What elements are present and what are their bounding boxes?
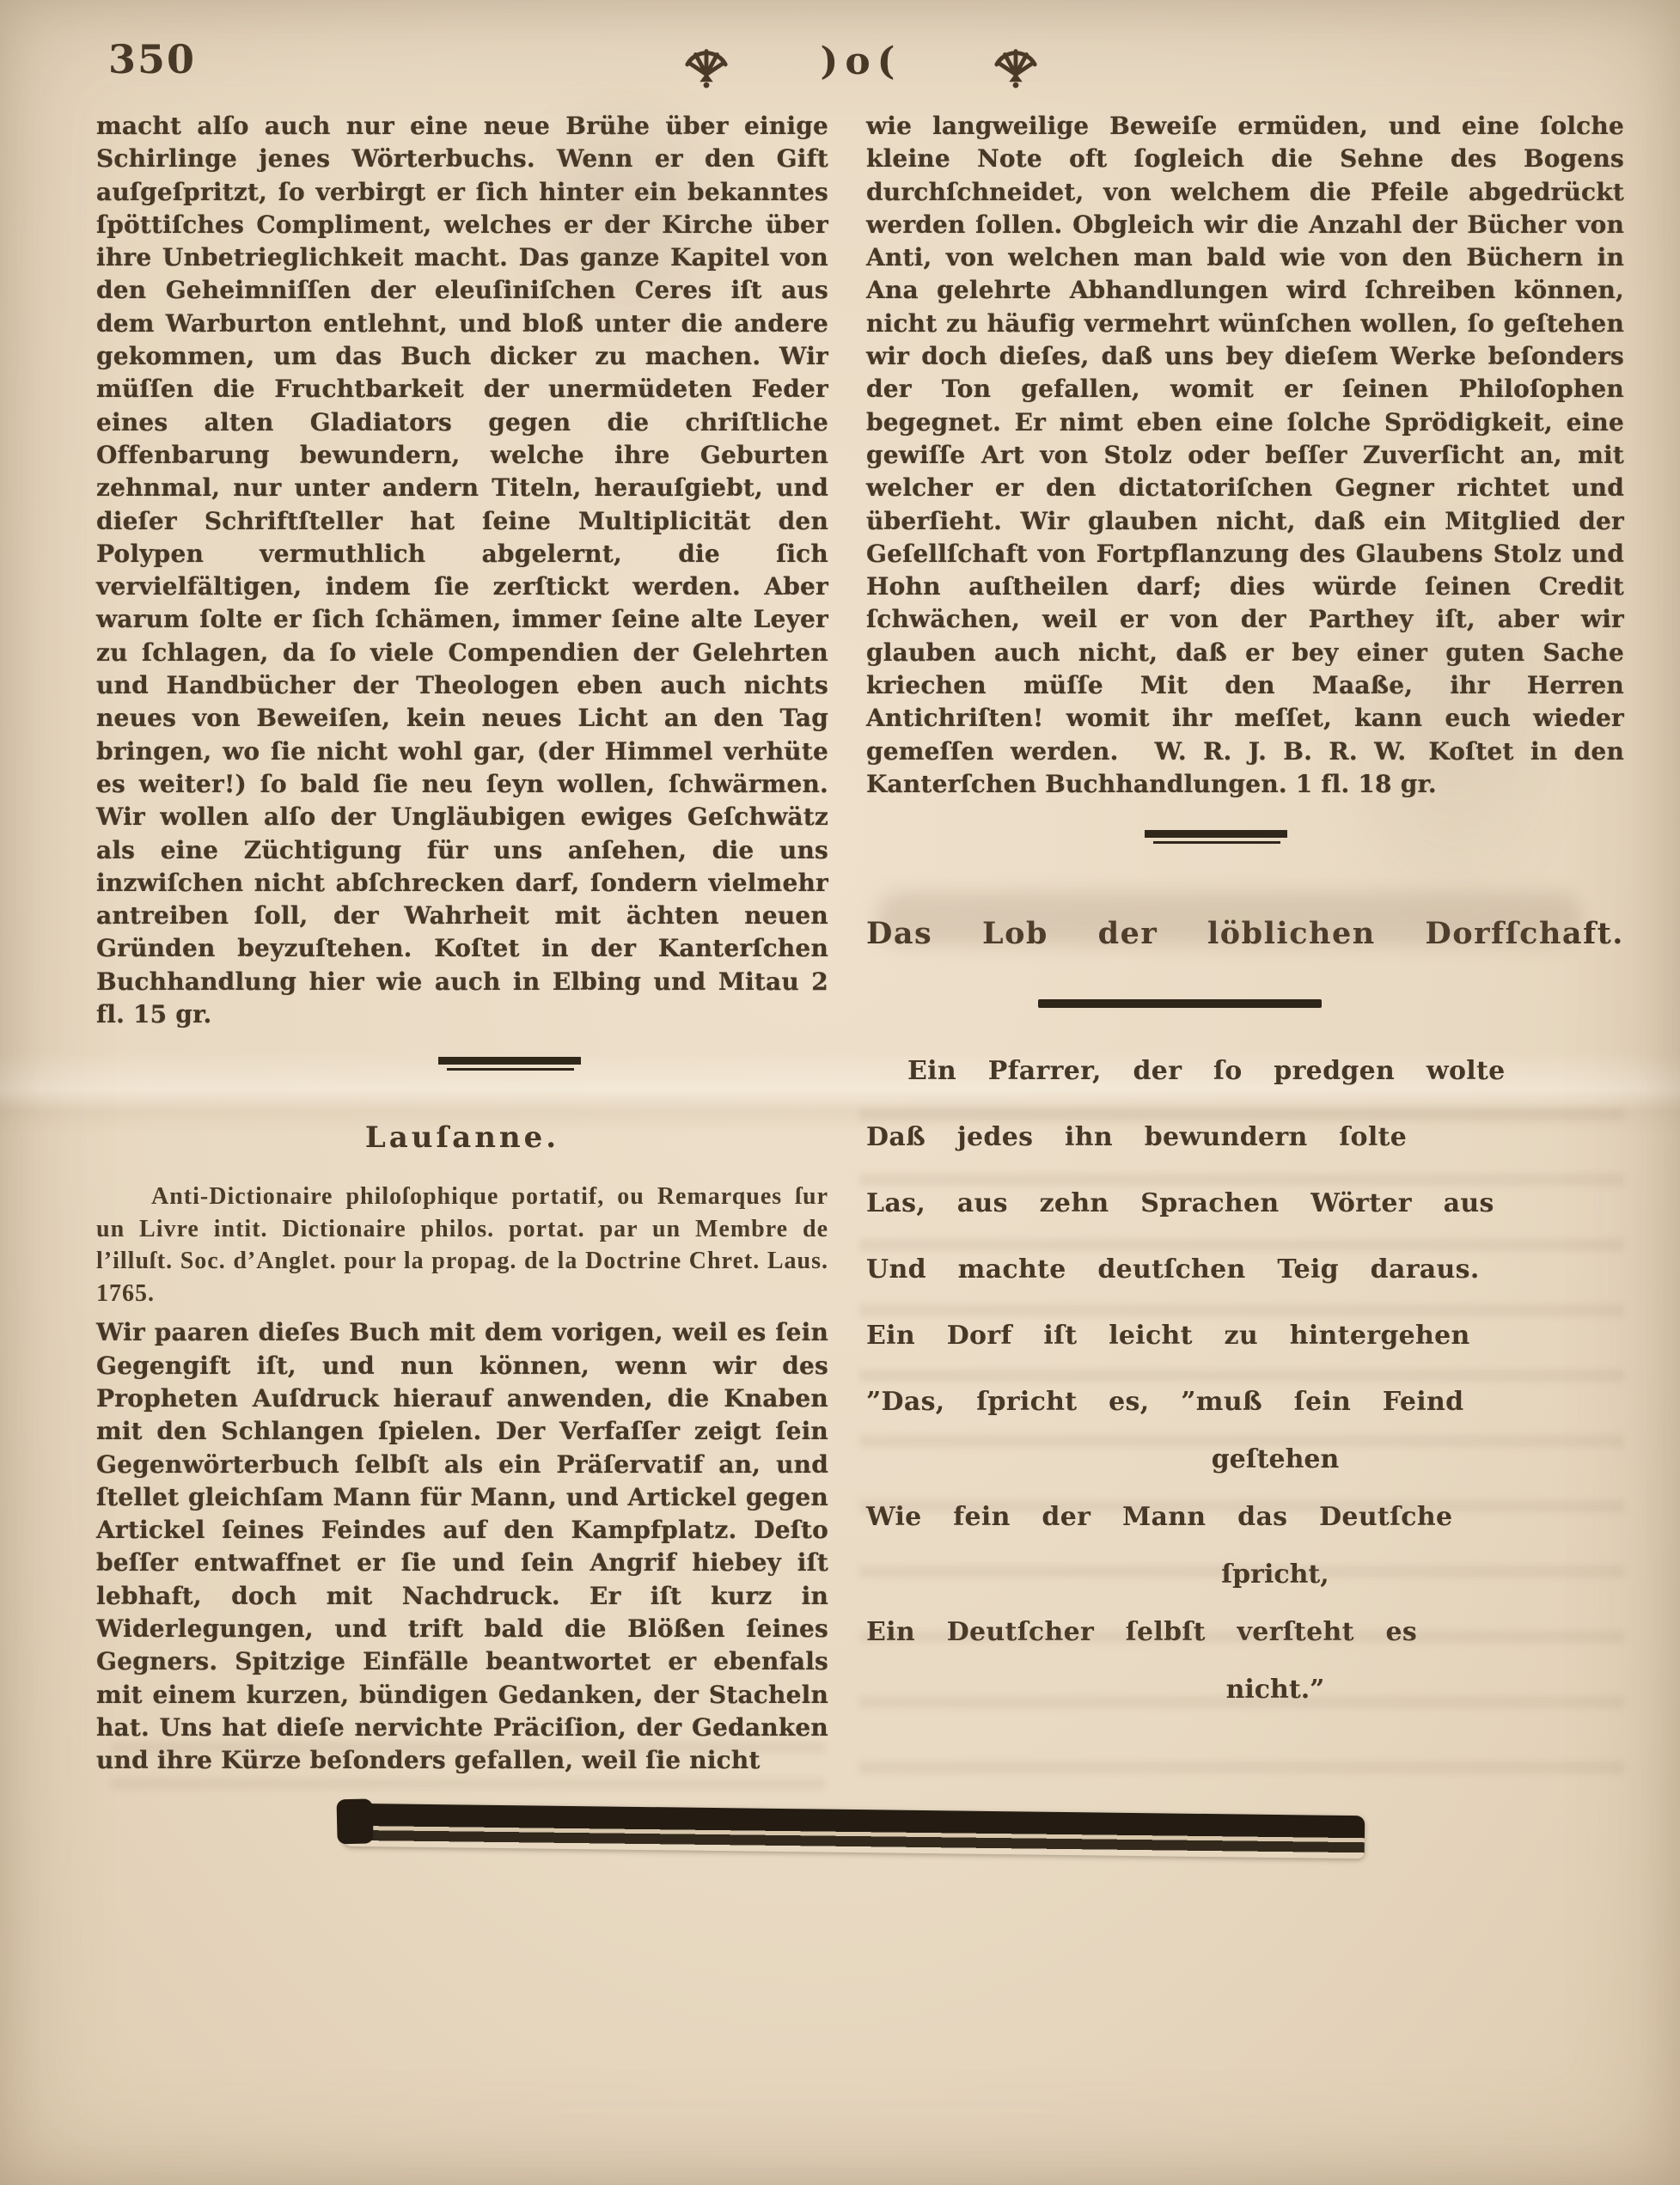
left-column: macht alſo auch nur eine neue Brühe über… [96, 110, 828, 1777]
shell-rosette-icon [991, 41, 1041, 89]
poem-line: ”Das, ſpricht es, ”muß ſein Feind [866, 1385, 1624, 1419]
section-separator-mark: )o( [821, 43, 902, 81]
header-ornaments: )o( [681, 31, 1041, 100]
review-continuation-text: macht alſo auch nur eine neue Brühe über… [96, 110, 828, 1031]
right-column: wie langweilige Beweiſe ermüden, und ein… [866, 110, 1624, 1730]
book-citation: Anti-Dictionaire philoſophique portatif,… [96, 1181, 828, 1309]
section-heading-lausanne: Lauſanne. [96, 1120, 828, 1155]
review-right-text: wie langweilige Beweiſe ermüden, und ein… [866, 112, 1624, 766]
poem-line: Ein Dorf iſt leicht zu hintergehen [866, 1319, 1624, 1353]
poem-heading-rule [1038, 999, 1322, 1008]
poem-line: Und machte deutſchen Teig daraus. [866, 1253, 1624, 1287]
poem-line-continuation: ſpricht, [866, 1558, 1624, 1592]
poem-heading: Das Lob der löblichen Dorfſchaft. [866, 916, 1624, 951]
end-of-page-rule [342, 1804, 1365, 1859]
shell-rosette-icon [681, 41, 731, 89]
scanned-book-page: 350 )o( [0, 0, 1680, 2185]
page-number: 350 [108, 36, 196, 82]
poem-line: Las, aus zehn Sprachen Wörter aus [866, 1187, 1624, 1221]
poem-line: Ein Deutſcher ſelbſt verſteht es [866, 1615, 1624, 1650]
poem-line-continuation: geſtehen [866, 1443, 1624, 1477]
review-right-paragraph: wie langweilige Beweiſe ermüden, und ein… [866, 110, 1624, 801]
poem: Ein Pfarrer, der ſo predgen wolte Daß je… [866, 1054, 1624, 1707]
article-divider-rule [438, 1057, 581, 1071]
poem-line-continuation: nicht.” [866, 1673, 1624, 1707]
reviewer-signature: W. R. J. B. R. W. [1119, 737, 1407, 766]
poem-line: Daß jedes ihn bewundern ſolte [866, 1120, 1624, 1155]
review-body-text: Wir paaren dieſes Buch mit dem vorigen, … [96, 1316, 828, 1777]
article-divider-rule [1145, 830, 1287, 844]
poem-line: Ein Pfarrer, der ſo predgen wolte [866, 1054, 1624, 1089]
poem-line: Wie fein der Mann das Deutſche [866, 1500, 1624, 1535]
